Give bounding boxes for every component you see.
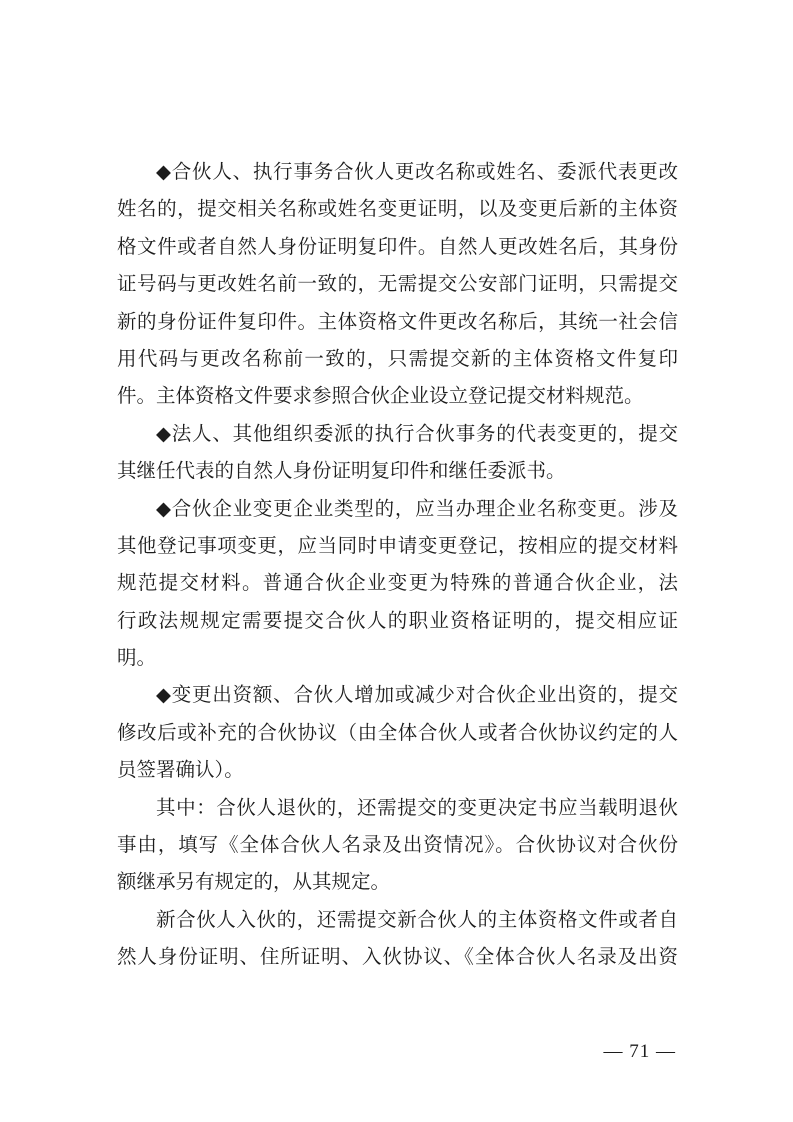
text-line: 证号码与更改姓名前一致的，无需提交公安部门证明，只需提交 (117, 266, 678, 303)
text-line: 员签署确认）。 (117, 752, 678, 789)
text-line: 规范提交材料。普通合伙企业变更为特殊的普通合伙企业，法律、 (117, 565, 678, 602)
para-partner-withdrawal: 其中：合伙人退伙的，还需提交的变更决定书应当载明退伙事由，填写《全体合伙人名录及… (117, 790, 678, 902)
text-line: 明。 (117, 640, 678, 677)
document-body: ◆合伙人、执行事务合伙人更改名称或姓名、委派代表更改姓名的，提交相关名称或姓名变… (117, 154, 678, 977)
text-line: 用代码与更改名称前一致的，只需提交新的主体资格文件复印 (117, 341, 678, 378)
text-line: 新合伙人入伙的，还需提交新合伙人的主体资格文件或者自 (117, 902, 678, 939)
text-line: 格文件或者自然人身份证明复印件。自然人更改姓名后，其身份 (117, 229, 678, 266)
text-line: 姓名的，提交相关名称或姓名变更证明，以及变更后新的主体资 (117, 191, 678, 228)
document-page: ◆合伙人、执行事务合伙人更改名称或姓名、委派代表更改姓名的，提交相关名称或姓名变… (0, 0, 793, 1122)
para-new-partner-admission: 新合伙人入伙的，还需提交新合伙人的主体资格文件或者自然人身份证明、住所证明、入伙… (117, 902, 678, 977)
para-enterprise-type-change: ◆合伙企业变更企业类型的，应当办理企业名称变更。涉及其他登记事项变更，应当同时申… (117, 491, 678, 678)
para-representative-change: ◆法人、其他组织委派的执行合伙事务的代表变更的，提交其继任代表的自然人身份证明复… (117, 416, 678, 491)
text-line: 新的身份证件复印件。主体资格文件更改名称后，其统一社会信 (117, 304, 678, 341)
text-line: 然人身份证明、住所证明、入伙协议、《全体合伙人名录及出资 (117, 939, 678, 976)
para-capital-contribution-change: ◆变更出资额、合伙人增加或减少对合伙企业出资的，提交修改后或补充的合伙协议（由全… (117, 677, 678, 789)
text-line: ◆合伙人、执行事务合伙人更改名称或姓名、委派代表更改 (117, 154, 678, 191)
text-line: 修改后或补充的合伙协议（由全体合伙人或者合伙协议约定的人 (117, 715, 678, 752)
text-line: ◆变更出资额、合伙人增加或减少对合伙企业出资的，提交 (117, 677, 678, 714)
text-line: 其他登记事项变更，应当同时申请变更登记，按相应的提交材料 (117, 528, 678, 565)
text-line: 额继承另有规定的，从其规定。 (117, 864, 678, 901)
text-line: 事由，填写《全体合伙人名录及出资情况》。合伙协议对合伙份 (117, 827, 678, 864)
para-partner-name-change: ◆合伙人、执行事务合伙人更改名称或姓名、委派代表更改姓名的，提交相关名称或姓名变… (117, 154, 678, 416)
text-line: 其中：合伙人退伙的，还需提交的变更决定书应当载明退伙 (117, 790, 678, 827)
page-number: — 71 — (604, 1039, 677, 1065)
text-line: ◆合伙企业变更企业类型的，应当办理企业名称变更。涉及 (117, 491, 678, 528)
text-line: ◆法人、其他组织委派的执行合伙事务的代表变更的，提交 (117, 416, 678, 453)
text-line: 件。主体资格文件要求参照合伙企业设立登记提交材料规范。 (117, 378, 678, 415)
text-line: 行政法规规定需要提交合伙人的职业资格证明的，提交相应证 (117, 603, 678, 640)
page-number-label: — 71 — (604, 1041, 677, 1062)
text-line: 其继任代表的自然人身份证明复印件和继任委派书。 (117, 453, 678, 490)
